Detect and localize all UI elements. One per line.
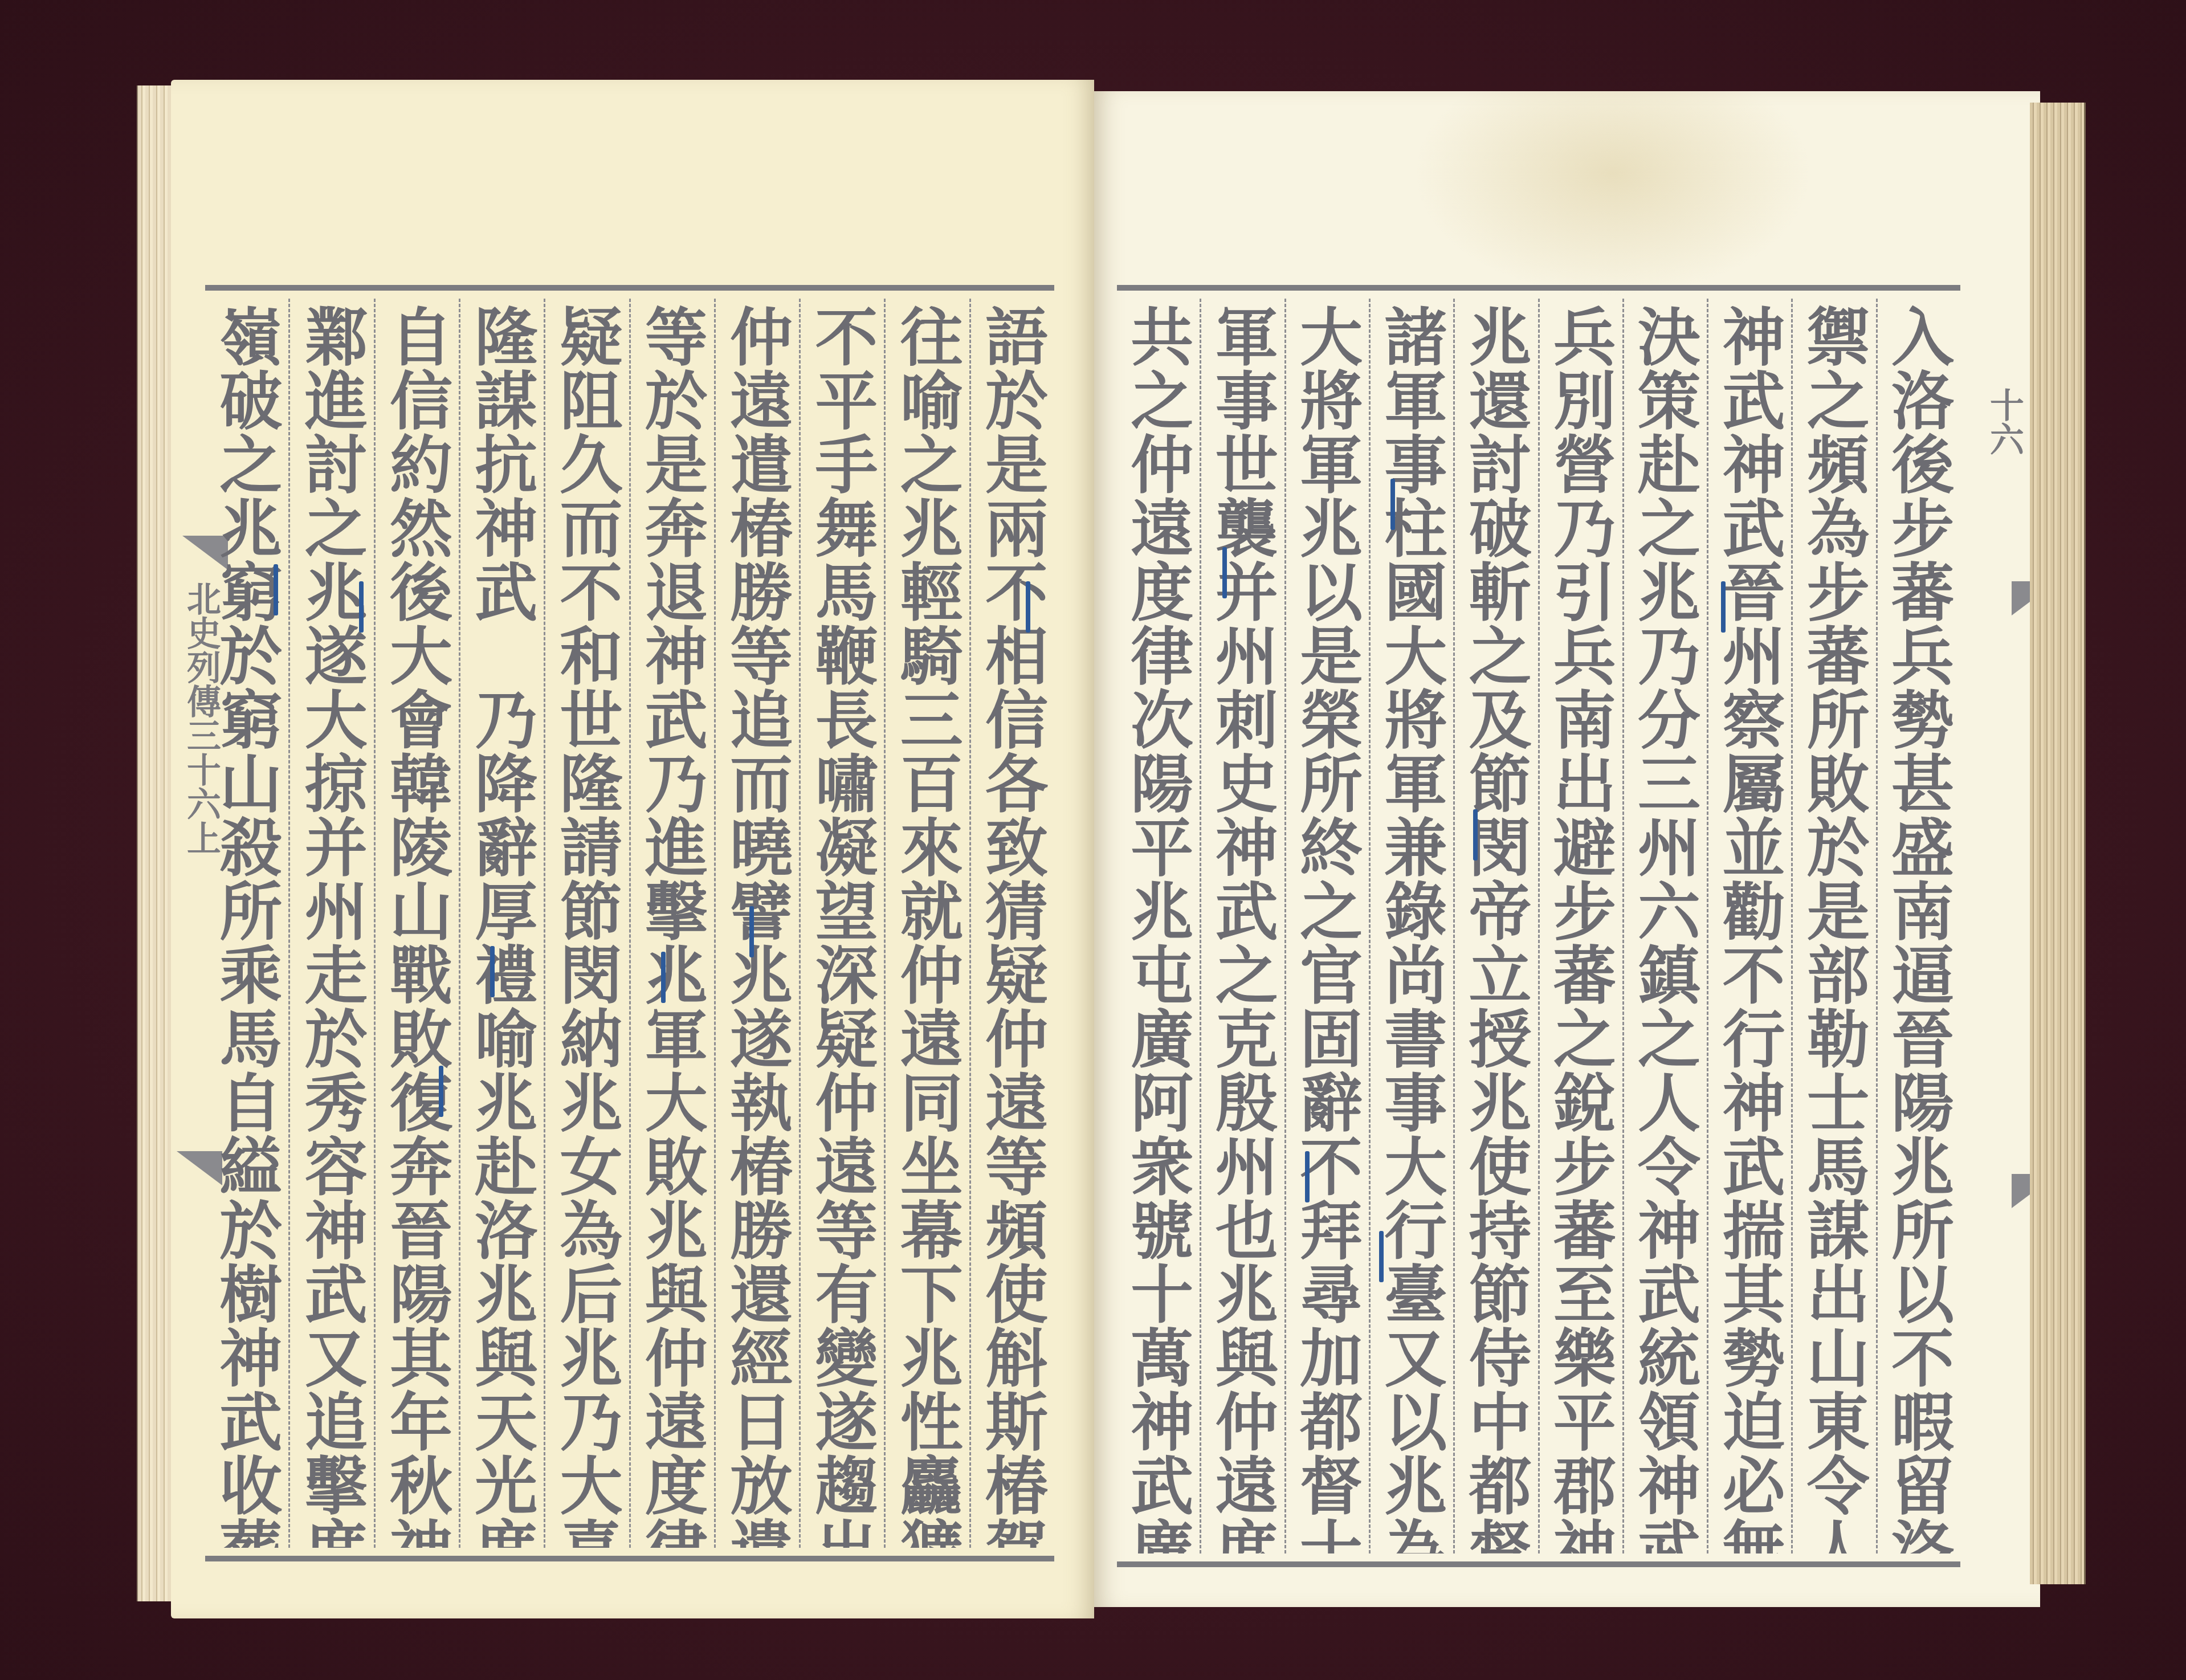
punctuation-mark	[490, 946, 495, 997]
left-columns: 語於是兩不相信各致猜疑仲遠等頻使斛斯椿賀拔勝 往喻之兆輕騎三百來就仲遠同坐幕下兆…	[205, 299, 1054, 1548]
punctuation-mark	[439, 1066, 443, 1117]
text-column: 入洛後步蕃兵勢甚盛南逼晉陽兆所以不暇留洛迴師	[1876, 299, 1960, 1553]
punctuation-mark	[1305, 1151, 1310, 1202]
water-stain	[1413, 91, 1812, 296]
text-column: 決策赴之兆乃分三州六鎮之人令神武統領神武既分	[1622, 299, 1707, 1553]
punctuation-mark	[1026, 581, 1030, 633]
punctuation-mark	[1222, 547, 1227, 598]
text-column: 神武神武晉州察屬並勸不行神武揣其勢迫必無他慮	[1707, 299, 1791, 1553]
text-column: 等於是奔退神武乃進擊兆軍大敗兆與仲遠度律遂相	[629, 299, 714, 1548]
punctuation-mark	[661, 952, 666, 1003]
text-column: 共之仲遠度律次陽平兆屯廣阿衆號十萬神武廣縱反	[1117, 299, 1200, 1553]
right-text-frame: 入洛後步蕃兵勢甚盛南逼晉陽兆所以不暇留洛迴師 禦之頻為步蕃所敗於是部勒士馬謀出山…	[1117, 285, 1960, 1567]
punctuation-mark	[1390, 479, 1395, 530]
right-page: 十六 入洛後步蕃兵勢甚盛南逼晉陽兆所以不暇留洛迴師 禦之頻為步蕃所敗於是部勒士馬…	[1094, 91, 2040, 1607]
text-column: 嶺破之兆窮於窮山殺所乘馬自縊於樹神武收葬之兆	[205, 299, 288, 1548]
text-column: 隆謀抗神武 乃降辭厚禮喻兆赴洛兆與天光度律更	[459, 299, 544, 1548]
punctuation-mark	[749, 906, 754, 957]
punctuation-mark	[1721, 581, 1726, 633]
text-column: 兵別營乃引兵南出避步蕃之銳步蕃至樂平郡神武與	[1538, 299, 1622, 1553]
right-columns: 入洛後步蕃兵勢甚盛南逼晉陽兆所以不暇留洛迴師 禦之頻為步蕃所敗於是部勒士馬謀出山…	[1117, 299, 1960, 1553]
text-column: 仲遠遣椿勝等追而曉譬兆遂執椿勝還經日放遣仲遠	[714, 299, 799, 1548]
text-column: 鄴進討之兆遂大掠并州走於秀容神武又追擊度赤洪	[288, 299, 373, 1548]
text-column: 大將軍兆以是榮所終之官固辭不拜尋加都督十州諸	[1284, 299, 1369, 1553]
text-column: 不平手舞馬鞭長嘯凝望深疑仲遠等有變遂趨出馳還	[799, 299, 884, 1548]
punctuation-mark	[1379, 1231, 1384, 1282]
punctuation-mark	[274, 564, 278, 615]
text-column: 語於是兩不相信各致猜疑仲遠等頻使斛斯椿賀拔勝	[969, 299, 1054, 1548]
text-column: 軍事世襲并州刺史神武之克殷州也兆與仲遠度律約	[1200, 299, 1284, 1553]
page-edges-right	[2030, 103, 2086, 1584]
text-column: 諸軍事柱國大將軍兼錄尚書事大行臺又以兆為天柱	[1369, 299, 1453, 1553]
left-page: 北史列傳三十六上 語於是兩不相信各致猜疑仲遠等頻使斛斯椿賀拔勝 往喻之兆輕騎三百…	[171, 80, 1094, 1618]
text-column: 兆還討破斬之及節閔帝立授兆使持節侍中都督中外	[1453, 299, 1537, 1553]
open-book: 北史列傳三十六上 語於是兩不相信各致猜疑仲遠等頻使斛斯椿賀拔勝 往喻之兆輕騎三百…	[137, 80, 2086, 1618]
text-column: 疑阻久而不和世隆請節閔納兆女為后兆乃大喜世	[544, 299, 629, 1548]
punctuation-mark	[1473, 809, 1478, 861]
text-column: 禦之頻為步蕃所敗於是部勒士馬謀出山東令人頻徵	[1791, 299, 1875, 1553]
text-column: 往喻之兆輕騎三百來就仲遠同坐幕下兆性麤獷意色	[884, 299, 969, 1548]
right-page-margin-number: 十六	[1980, 388, 2029, 456]
text-column: 自信約然後大會韓陵山戰敗復奔晉陽其年秋神武自	[374, 299, 459, 1548]
punctuation-mark	[359, 581, 364, 633]
left-text-frame: 語於是兩不相信各致猜疑仲遠等頻使斛斯椿賀拔勝 往喻之兆輕騎三百來就仲遠同坐幕下兆…	[205, 285, 1054, 1561]
